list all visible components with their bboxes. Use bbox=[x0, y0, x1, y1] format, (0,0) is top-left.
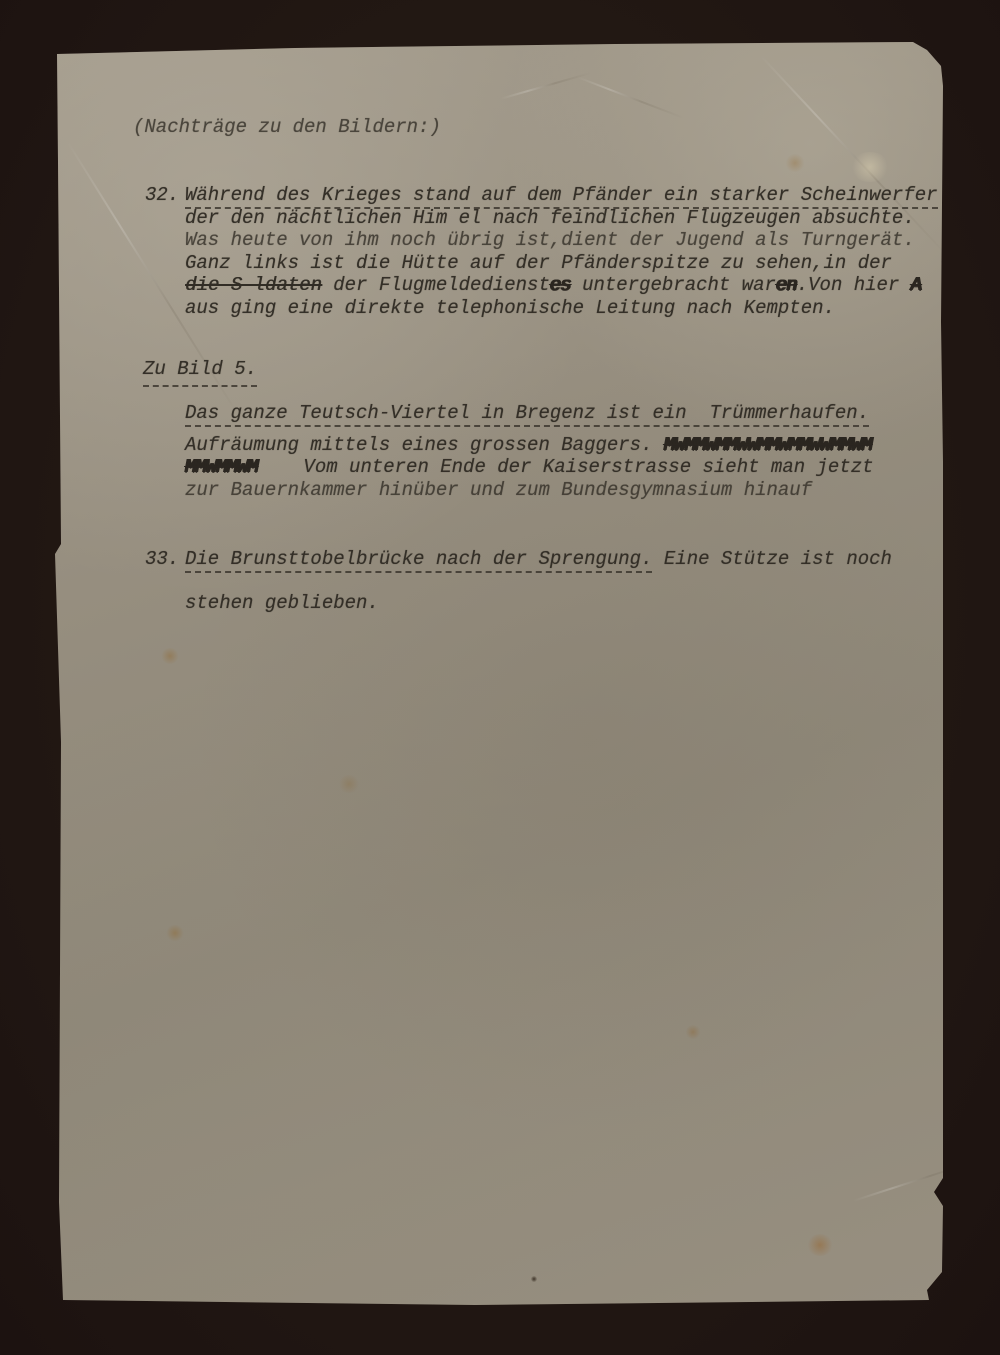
overtyped-text: MMWMMWM bbox=[185, 456, 258, 478]
item-32-paragraph: Während des Krieges stand auf dem Pfände… bbox=[185, 184, 955, 320]
fold-crease-bottom-right bbox=[853, 1158, 982, 1202]
bild5-line-4: zur Bauernkammer hinüber und zum Bundesg… bbox=[185, 479, 955, 502]
overtyped-text: es bbox=[550, 274, 571, 296]
overtyped-text: A bbox=[911, 274, 921, 296]
item-32-line-6: aus ging eine direkte telephonische Leit… bbox=[185, 297, 955, 320]
crossed-out-text: die-S-ldaten bbox=[185, 274, 322, 296]
item-32-line-2: der den nächtlichen Him el nach feindlic… bbox=[185, 207, 955, 230]
item-32-line-5: die-S-ldaten der Flugmeldedienstes unter… bbox=[185, 274, 955, 297]
paper-stain bbox=[166, 925, 184, 941]
page-heading: (Nachträge zu den Bildern:) bbox=[133, 116, 441, 139]
bild5-paragraph: Das ganze Teutsch-Viertel in Bregenz ist… bbox=[185, 402, 955, 501]
item-33-line-1: Die Brunsttobelbrücke nach der Sprengung… bbox=[185, 548, 955, 571]
bild5-line-3: MMWMMWM Vom unteren Ende der Kaiserstras… bbox=[185, 456, 955, 479]
item-32-line-3: Was heute von ihm noch übrig ist,dient d… bbox=[185, 229, 955, 252]
paper-stain bbox=[531, 1276, 537, 1282]
paper-stain bbox=[807, 1234, 833, 1256]
item-32-line-4: Ganz links ist die Hütte auf der Pfänder… bbox=[185, 252, 955, 275]
paper-stain bbox=[785, 154, 805, 172]
item-32-number: 32. bbox=[145, 184, 179, 207]
item-33-number: 33. bbox=[145, 548, 179, 571]
paper-stain bbox=[338, 775, 360, 793]
document-page: (Nachträge zu den Bildern:) 32. Während … bbox=[55, 42, 943, 1308]
overtyped-text: en bbox=[776, 274, 797, 296]
fold-crease-top-center-right bbox=[577, 76, 685, 119]
paper-stain bbox=[850, 152, 890, 182]
paper-stain bbox=[685, 1025, 701, 1039]
overtyped-text: MWMMWMMWWMMWMMWWMMWM bbox=[664, 434, 872, 456]
bild5-line-1: Das ganze Teutsch-Viertel in Bregenz ist… bbox=[185, 402, 955, 425]
scan-backdrop: (Nachträge zu den Bildern:) 32. Während … bbox=[0, 0, 1000, 1355]
bild5-label: Zu Bild 5. bbox=[143, 358, 257, 387]
item-33-line-2: stehen geblieben. bbox=[185, 592, 955, 615]
bild5-line-2: Aufräumung mittels eines grossen Baggers… bbox=[185, 434, 955, 457]
item-33-paragraph: Die Brunsttobelbrücke nach der Sprengung… bbox=[185, 548, 955, 614]
fold-crease-top-center-left bbox=[500, 72, 592, 100]
item-32-line-1: Während des Krieges stand auf dem Pfände… bbox=[185, 184, 955, 207]
paper-stain bbox=[161, 648, 179, 664]
